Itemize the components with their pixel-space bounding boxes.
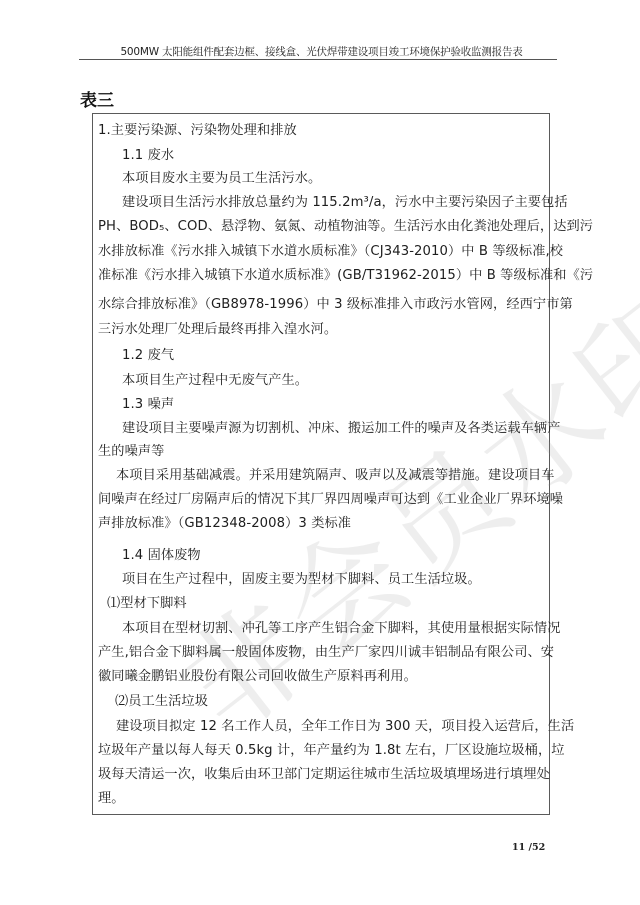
wastewater-line-1: 本项目废水主要为员工生活污水。 bbox=[122, 167, 321, 186]
wastewater-line-2: 建设项目生活污水排放总量约为 115.2m³/a，污水中主要污染因子主要包括 bbox=[122, 191, 568, 210]
scrap-subheading: ⑴型材下脚料 bbox=[107, 592, 187, 611]
scrap-line-2: 产生,铝合金下脚料属一般固体废物，由生产厂家四川诚丰铝制品有限公司、安 bbox=[98, 641, 554, 660]
wastewater-line-4: 水排放标准《污水排入城镇下水道水质标准》（CJ343-2010）中 B 等级标准… bbox=[98, 240, 563, 259]
wastewater-heading: 1.1 废水 bbox=[122, 144, 174, 163]
noise-line-5: 声排放标准》（GB12348-2008）3 类标准 bbox=[98, 512, 351, 531]
section-title: 表三 bbox=[80, 86, 114, 111]
document-header-title: 500MW 太阳能组件配套边框、接线盒、光伏焊带建设项目竣工环境保护验收监测报告… bbox=[97, 44, 546, 59]
wastewater-line-3: PH、BOD₅、COD、悬浮物、氨氮、动植物油等。生活污水由化粪池处理后，达到污 bbox=[98, 215, 593, 234]
scrap-line-1: 本项目在型材切割、冲孔等工序产生铝合金下脚料，其使用量根据实际情况 bbox=[122, 617, 560, 636]
garbage-line-1: 建设项目拟定 12 名工作人员，全年工作日为 300 天，项目投入运营后，生活 bbox=[116, 715, 574, 734]
noise-line-3: 本项目采用基础减震。并采用建筑隔声、吸声以及减震等措施。建设项目车 bbox=[116, 464, 554, 483]
solid-waste-line-1: 项目在生产过程中，固废主要为型材下脚料、员工生活垃圾。 bbox=[122, 568, 481, 587]
garbage-subheading: ⑵员工生活垃圾 bbox=[115, 690, 208, 709]
garbage-line-2: 垃圾年产量以每人每天 0.5kg 计，年产量约为 1.8t 左右，厂区设施垃圾桶… bbox=[98, 739, 565, 758]
noise-line-2: 生的噪声等 bbox=[98, 440, 164, 459]
header-divider bbox=[79, 59, 557, 60]
garbage-line-3: 圾每天清运一次，收集后由环卫部门定期运往城市生活垃圾填埋场进行填埋处 bbox=[98, 763, 550, 782]
noise-line-1: 建设项目主要噪声源为切割机、冲床、搬运加工件的噪声及各类运载车辆产 bbox=[122, 417, 560, 436]
solid-waste-heading: 1.4 固体废物 bbox=[122, 544, 201, 563]
noise-heading: 1.3 噪声 bbox=[122, 393, 174, 412]
wastewater-line-6: 水综合排放标准》（GB8978-1996）中 3 级标准排入市政污水管网，经西宁… bbox=[98, 293, 573, 312]
main-heading: 1.主要污染源、污染物处理和排放 bbox=[98, 119, 297, 138]
wastewater-line-7: 三污水处理厂处理后最终再排入湟水河。 bbox=[98, 318, 337, 337]
page-number: 11 /52 bbox=[512, 842, 545, 853]
garbage-line-4: 理。 bbox=[98, 787, 125, 806]
noise-line-4: 间噪声在经过厂房隔声后的情况下其厂界四周噪声可达到《工业企业厂界环境噪 bbox=[98, 488, 563, 507]
wastewater-line-5: 准标准《污水排入城镇下水道水质标准》(GB/T31962-2015）中 B 等级… bbox=[98, 264, 593, 283]
exhaust-line-1: 本项目生产过程中无废气产生。 bbox=[122, 369, 308, 388]
exhaust-heading: 1.2 废气 bbox=[122, 344, 174, 363]
scrap-line-3: 徽同曦金鹏铝业股份有限公司回收做生产原料再利用。 bbox=[98, 665, 417, 684]
